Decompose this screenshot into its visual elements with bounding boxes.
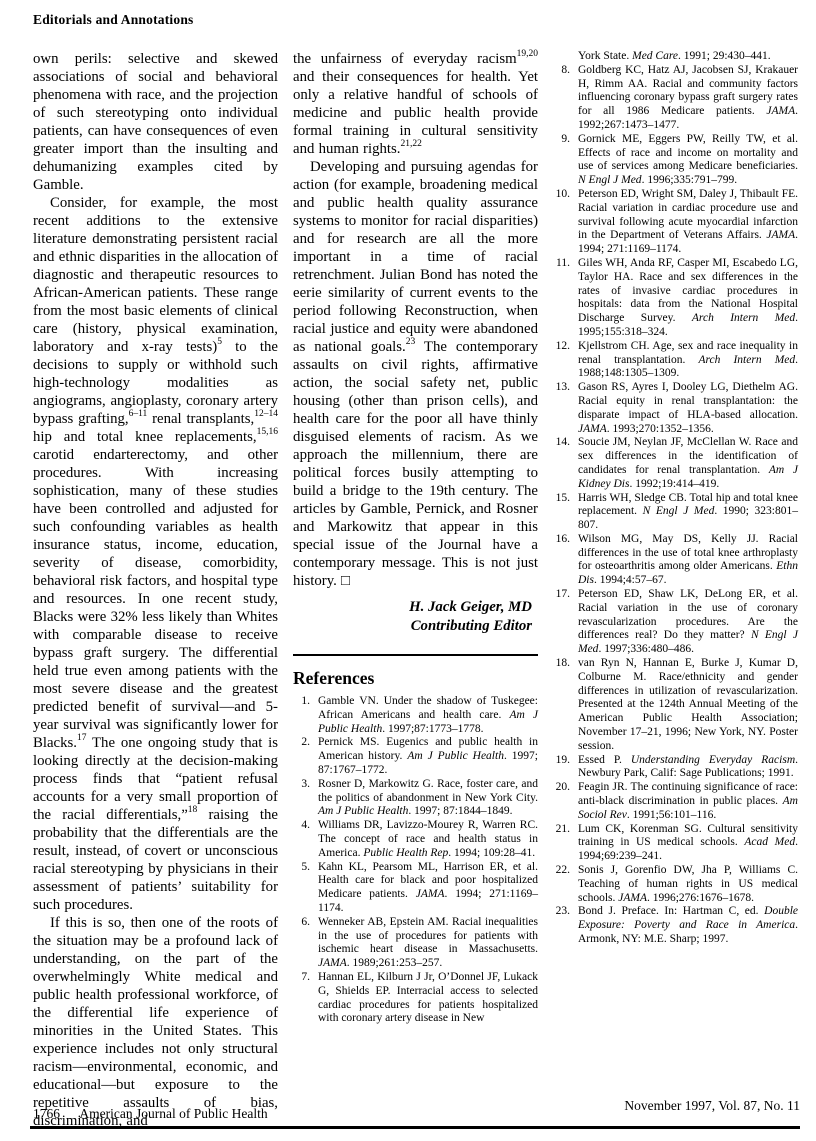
- reference-item: 15. Harris WH, Sledge CB. Total hip and …: [553, 492, 798, 533]
- body-paragraph: own perils: selective and skewed associa…: [33, 50, 278, 194]
- journal-page: Editorials and Annotations own perils: s…: [0, 0, 816, 1141]
- reference-number: 14.: [553, 436, 570, 450]
- signature-name: H. Jack Geiger, MD: [293, 598, 532, 617]
- reference-text: Sonis J, Gorenfio DW, Jha P, Williams C.…: [578, 864, 798, 904]
- reference-item: 19. Essed P. Understanding Everyday Raci…: [553, 754, 798, 782]
- footer-left: 1766 American Journal of Public Health: [33, 1106, 268, 1122]
- reference-text: Gornick ME, Eggers PW, Reilly TW, et al.…: [578, 133, 798, 186]
- reference-item: 7. Hannan EL, Kilburn J Jr, O’Donnel JF,…: [293, 971, 538, 1026]
- reference-number: 8.: [553, 64, 570, 78]
- reference-text: Bond J. Preface. In: Hartman C, ed. Doub…: [578, 905, 798, 945]
- reference-item: 13. Gason RS, Ayres I, Dooley LG, Diethe…: [553, 381, 798, 436]
- column-1: own perils: selective and skewed associa…: [33, 50, 278, 1130]
- reference-number: 3.: [293, 778, 310, 792]
- reference-text: Peterson ED, Shaw LK, DeLong ER, et al. …: [578, 588, 798, 655]
- reference-item: 4. Williams DR, Lavizzo-Mourey R, Warren…: [293, 819, 538, 860]
- body-paragraph: the unfairness of everyday racism19,20 a…: [293, 50, 538, 158]
- reference-text: Goldberg KC, Hatz AJ, Jacobsen SJ, Kraka…: [578, 64, 798, 131]
- reference-item: 21. Lum CK, Korenman SG. Cultural sensit…: [553, 823, 798, 864]
- reference-number: 7.: [293, 971, 310, 985]
- bottom-page-rule: [30, 1126, 800, 1129]
- reference-item: 23. Bond J. Preface. In: Hartman C, ed. …: [553, 905, 798, 946]
- reference-item: 16. Wilson MG, May DS, Kelly JJ. Racial …: [553, 533, 798, 588]
- body-paragraph: Developing and pursuing agendas for acti…: [293, 158, 538, 590]
- reference-item: 12. Kjellstrom CH. Age, sex and race ine…: [553, 340, 798, 381]
- footer-issue-info: November 1997, Vol. 87, No. 11: [624, 1098, 800, 1114]
- reference-text: Pernick MS. Eugenics and public health i…: [318, 736, 538, 776]
- reference-item: 11. Giles WH, Anda RF, Casper MI, Escabe…: [553, 257, 798, 340]
- column-2-paragraphs: the unfairness of everyday racism19,20 a…: [293, 50, 538, 590]
- reference-item: 6. Wenneker AB, Epstein AM. Racial inequ…: [293, 916, 538, 971]
- signature-block: H. Jack Geiger, MD Contributing Editor: [293, 598, 538, 636]
- section-heading: Editorials and Annotations: [33, 12, 194, 28]
- reference-item: 9. Gornick ME, Eggers PW, Reilly TW, et …: [553, 133, 798, 188]
- signature-role: Contributing Editor: [293, 617, 532, 636]
- reference-item: 22. Sonis J, Gorenfio DW, Jha P, William…: [553, 864, 798, 905]
- reference-number: 5.: [293, 861, 310, 875]
- reference-number: 21.: [553, 823, 570, 837]
- column-3: York State. Med Care. 1991; 29:430–441. …: [553, 50, 798, 947]
- reference-number: 17.: [553, 588, 570, 602]
- reference-text: Essed P. Understanding Everyday Racism. …: [578, 754, 798, 780]
- reference-continuation: York State. Med Care. 1991; 29:430–441.: [553, 50, 798, 64]
- reference-text: Kahn KL, Pearsom ML, Harrison ER, et al.…: [318, 861, 538, 914]
- reference-text: Feagin JR. The continuing significance o…: [578, 781, 798, 821]
- reference-text: Gamble VN. Under the shadow of Tuskegee:…: [318, 695, 538, 735]
- reference-item: 8. Goldberg KC, Hatz AJ, Jacobsen SJ, Kr…: [553, 64, 798, 133]
- reference-text: Soucie JM, Neylan JF, McClellan W. Race …: [578, 436, 798, 489]
- footer-page-number: 1766: [33, 1106, 60, 1121]
- reference-text: Gason RS, Ayres I, Dooley LG, Diethelm A…: [578, 381, 798, 434]
- reference-text: Peterson ED, Wright SM, Daley J, Thibaul…: [578, 188, 798, 255]
- reference-number: 6.: [293, 916, 310, 930]
- reference-number: 23.: [553, 905, 570, 919]
- reference-number: 9.: [553, 133, 570, 147]
- reference-item: 3. Rosner D, Markowitz G. Race, foster c…: [293, 778, 538, 819]
- reference-number: 15.: [553, 492, 570, 506]
- column-2: the unfairness of everyday racism19,20 a…: [293, 50, 538, 1026]
- reference-text: Kjellstrom CH. Age, sex and race inequal…: [578, 340, 798, 380]
- reference-number: 19.: [553, 754, 570, 768]
- references-list-col3: 8. Goldberg KC, Hatz AJ, Jacobsen SJ, Kr…: [553, 64, 798, 947]
- reference-item: 2. Pernick MS. Eugenics and public healt…: [293, 736, 538, 777]
- reference-number: 10.: [553, 188, 570, 202]
- reference-number: 20.: [553, 781, 570, 795]
- reference-number: 18.: [553, 657, 570, 671]
- reference-text: van Ryn N, Hannan E, Burke J, Kumar D, C…: [578, 657, 798, 752]
- reference-text: Harris WH, Sledge CB. Total hip and tota…: [578, 492, 798, 532]
- section-divider-rule: [293, 654, 538, 656]
- reference-text: Giles WH, Anda RF, Casper MI, Escabedo L…: [578, 257, 798, 338]
- reference-number: 1.: [293, 695, 310, 709]
- reference-item: 10. Peterson ED, Wright SM, Daley J, Thi…: [553, 188, 798, 257]
- reference-text: Wilson MG, May DS, Kelly JJ. Racial diff…: [578, 533, 798, 586]
- references-heading: References: [293, 668, 538, 688]
- reference-text: Hannan EL, Kilburn J Jr, O’Donnel JF, Lu…: [318, 971, 538, 1024]
- reference-number: 2.: [293, 736, 310, 750]
- reference-number: 4.: [293, 819, 310, 833]
- reference-item: 1. Gamble VN. Under the shadow of Tuskeg…: [293, 695, 538, 736]
- article-columns: own perils: selective and skewed associa…: [33, 50, 800, 1130]
- reference-text: Lum CK, Korenman SG. Cultural sensitivit…: [578, 823, 798, 863]
- reference-item: 18. van Ryn N, Hannan E, Burke J, Kumar …: [553, 657, 798, 754]
- reference-number: 13.: [553, 381, 570, 395]
- reference-text: York State. Med Care. 1991; 29:430–441.: [578, 50, 771, 62]
- reference-number: 12.: [553, 340, 570, 354]
- reference-number: 16.: [553, 533, 570, 547]
- references-list-col2: 1. Gamble VN. Under the shadow of Tuskeg…: [293, 695, 538, 1026]
- footer-journal-name: American Journal of Public Health: [79, 1106, 267, 1121]
- reference-text: Wenneker AB, Epstein AM. Racial inequali…: [318, 916, 538, 969]
- reference-item: 20. Feagin JR. The continuing significan…: [553, 781, 798, 822]
- reference-number: 22.: [553, 864, 570, 878]
- reference-item: 5. Kahn KL, Pearsom ML, Harrison ER, et …: [293, 861, 538, 916]
- reference-number: 11.: [553, 257, 570, 271]
- reference-text: Williams DR, Lavizzo-Mourey R, Warren RC…: [318, 819, 538, 859]
- reference-text: Rosner D, Markowitz G. Race, foster care…: [318, 778, 538, 818]
- reference-item: 14. Soucie JM, Neylan JF, McClellan W. R…: [553, 436, 798, 491]
- body-paragraph: Consider, for example, the most recent a…: [33, 194, 278, 914]
- body-paragraph: If this is so, then one of the roots of …: [33, 914, 278, 1130]
- reference-item: 17. Peterson ED, Shaw LK, DeLong ER, et …: [553, 588, 798, 657]
